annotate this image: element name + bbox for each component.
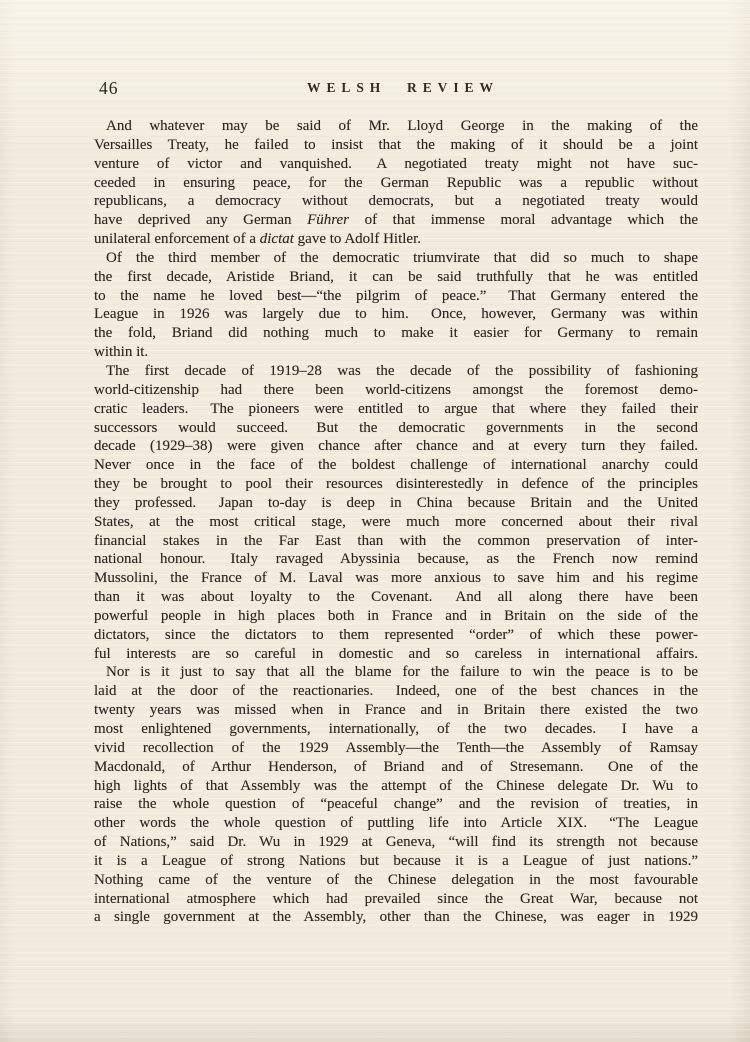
text-line: Nothing came of the venture of the Chine… — [94, 871, 698, 890]
scanned-page: 46 WELSH REVIEW And whatever may be said… — [0, 0, 750, 1042]
text-line: national honour. Italy ravaged Abyssinia… — [94, 550, 698, 569]
text-line: Mussolini, the France of M. Laval was mo… — [94, 569, 698, 588]
text-line: high lights of that Assembly was the att… — [94, 777, 698, 796]
running-head-title: WELSH REVIEW — [94, 80, 698, 96]
text-line: cratic leaders. The pioneers were entitl… — [94, 400, 698, 419]
text-line: Never once in the face of the boldest ch… — [94, 456, 698, 475]
text-line: they be brought to pool their resources … — [94, 475, 698, 494]
text-line: they professed. Japan to-day is deep in … — [94, 494, 698, 513]
text-line: vivid recollection of the 1929 Assembly—… — [94, 739, 698, 758]
text-line: it is a League of strong Nations but bec… — [94, 852, 698, 871]
text-line: of Nations,” said Dr. Wu in 1929 at Gene… — [94, 833, 698, 852]
text-line: the first decade, Aristide Briand, it ca… — [94, 268, 698, 287]
text-line: dictators, since the dictators to them r… — [94, 626, 698, 645]
paragraph: The first decade of 1919–28 was the deca… — [94, 362, 698, 664]
text-line: within it. — [94, 343, 698, 362]
text-line: most enlightened governments, internatio… — [94, 720, 698, 739]
text-line: venture of victor and vanquished. A nego… — [94, 155, 698, 174]
paragraph: And whatever may be said of Mr. Lloyd Ge… — [94, 117, 698, 249]
text-line: ful interests are so careful in domestic… — [94, 645, 698, 664]
text-line: republicans, a democracy without democra… — [94, 192, 698, 211]
text-line: laid at the door of the reactionaries. I… — [94, 682, 698, 701]
text-line: Nor is it just to say that all the blame… — [94, 663, 698, 682]
paragraph: Nor is it just to say that all the blame… — [94, 663, 698, 927]
text-line: than it was about loyalty to the Covenan… — [94, 588, 698, 607]
page-header: 46 WELSH REVIEW — [94, 78, 698, 98]
paragraph: Of the third member of the democratic tr… — [94, 249, 698, 362]
text-line: the fold, Briand did nothing much to mak… — [94, 324, 698, 343]
text-line: other words the whole question of puttli… — [94, 814, 698, 833]
body-text: And whatever may be said of Mr. Lloyd Ge… — [94, 117, 698, 927]
text-line: ceeded in ensuring peace, for the German… — [94, 174, 698, 193]
text-line: States, at the most critical stage, were… — [94, 513, 698, 532]
text-line: Of the third member of the democratic tr… — [94, 249, 698, 268]
text-line: twenty years was missed when in France a… — [94, 701, 698, 720]
text-line: League in 1926 was largely due to him. O… — [94, 305, 698, 324]
text-line: a single government at the Assembly, oth… — [94, 908, 698, 927]
text-line: Macdonald, of Arthur Henderson, of Brian… — [94, 758, 698, 777]
text-line: international atmosphere which had preva… — [94, 890, 698, 909]
text-line: raise the whole question of “peaceful ch… — [94, 795, 698, 814]
text-line: to the name he loved best—“the pilgrim o… — [94, 287, 698, 306]
text-line: financial stakes in the Far East than wi… — [94, 532, 698, 551]
text-line: have deprived any German Führer of that … — [94, 211, 698, 230]
text-line: decade (1929–38) were given chance after… — [94, 437, 698, 456]
text-line: The first decade of 1919–28 was the deca… — [94, 362, 698, 381]
text-line: And whatever may be said of Mr. Lloyd Ge… — [94, 117, 698, 136]
text-line: world-citizenship had there been world-c… — [94, 381, 698, 400]
text-line: successors would succeed. But the democr… — [94, 419, 698, 438]
text-line: Versailles Treaty, he failed to insist t… — [94, 136, 698, 155]
text-line: powerful people in high places both in F… — [94, 607, 698, 626]
text-line: unilateral enforcement of a dictat gave … — [94, 230, 698, 249]
